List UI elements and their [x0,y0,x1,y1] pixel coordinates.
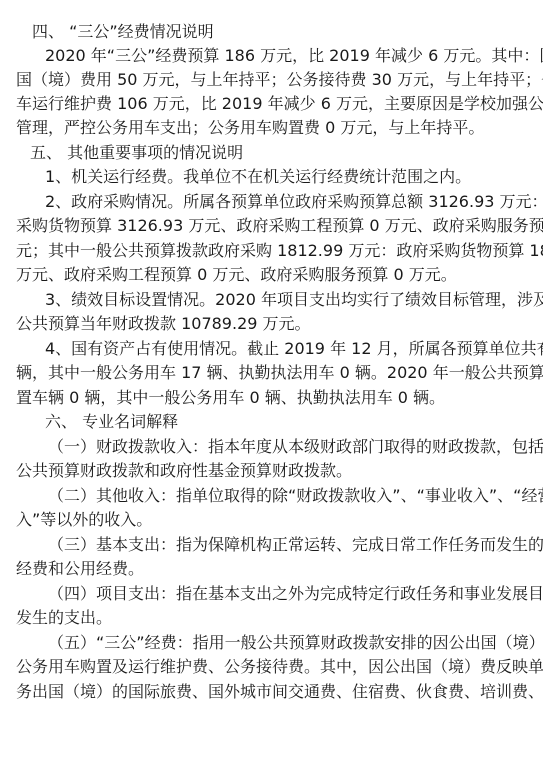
paragraph-line: 入”等以外的收入。 [16,510,152,530]
paragraph-line: 车运行维护费 106 万元，比 2019 年减少 6 万元，主要原因是学校加强公… [16,94,527,114]
paragraph-line: 国（境）费用 50 万元，与上年持平；公务接待费 30 万元，与上年持平；公务用 [16,70,527,90]
paragraph-line: 元；其中一般公共预算拨款政府采购 1812.99 万元：政府采购货物预算 181… [16,241,527,261]
paragraph-line: 辆，其中一般公务用车 17 辆、执勤执法用车 0 辆。2020 年一般公共预算安… [16,363,527,383]
section-heading-5: 五、 其他重要事项的情况说明 [30,143,243,163]
paragraph-line: （一）财政拨款收入：指本年度从本级财政部门取得的财政拨款，包括一般 [48,437,527,457]
section-heading-6: 六、 专业名词解释 [45,412,178,432]
paragraph-line: 2020 年“三公”经费预算 186 万元，比 2019 年减少 6 万元。其中… [45,46,527,66]
paragraph-line: （二）其他收入：指单位取得的除“财政拨款收入”、“事业收入”、“经营收 [48,486,527,506]
section-heading-4: 四、 “三公”经费情况说明 [32,22,214,42]
paragraph-line: 3、绩效目标设置情况。2020 年项目支出均实行了绩效目标管理，涉及一般 [45,290,527,310]
paragraph-line: 经费和公用经费。 [16,559,144,579]
paragraph-line: 管理，严控公务用车支出；公务用车购置费 0 万元，与上年持平。 [16,118,484,138]
paragraph-line: 公务用车购置及运行维护费、公务接待费。其中，因公出国（境）费反映单位公 [16,657,527,677]
paragraph-line: 公共预算当年财政拨款 10789.29 万元。 [16,314,311,334]
paragraph-line: 务出国（境）的国际旅费、国外城市间交通费、住宿费、伙食费、培训费、公杂 [16,682,527,702]
paragraph-line: 1、机关运行经费。我单位不在机关运行经费统计范围之内。 [45,167,471,187]
paragraph-line: （五）“三公”经费：指用一般公共预算财政拨款安排的因公出国（境）费、 [48,633,527,653]
paragraph-line: （三）基本支出：指为保障机构正常运转、完成日常工作任务而发生的人员 [48,535,527,555]
paragraph-line: （四）项目支出：指在基本支出之外为完成特定行政任务和事业发展目标所 [48,584,527,604]
paragraph-line: 采购货物预算 3126.93 万元、政府采购工程预算 0 万元、政府采购服务预算… [16,216,527,236]
paragraph-line: 置车辆 0 辆，其中一般公务用车 0 辆、执勤执法用车 0 辆。 [16,388,445,408]
document-page: 四、 “三公”经费情况说明 2020 年“三公”经费预算 186 万元，比 20… [0,0,543,768]
paragraph-line: 发生的支出。 [16,608,112,628]
paragraph-line: 2、政府采购情况。所属各预算单位政府采购预算总额 3126.93 万元：政府 [45,192,527,212]
paragraph-line: 万元、政府采购工程预算 0 万元、政府采购服务预算 0 万元。 [16,265,457,285]
paragraph-line: 4、国有资产占有使用情况。截止 2019 年 12 月，所属各预算单位共有车辆 … [45,339,527,359]
paragraph-line: 公共预算财政拨款和政府性基金预算财政拨款。 [16,461,352,481]
